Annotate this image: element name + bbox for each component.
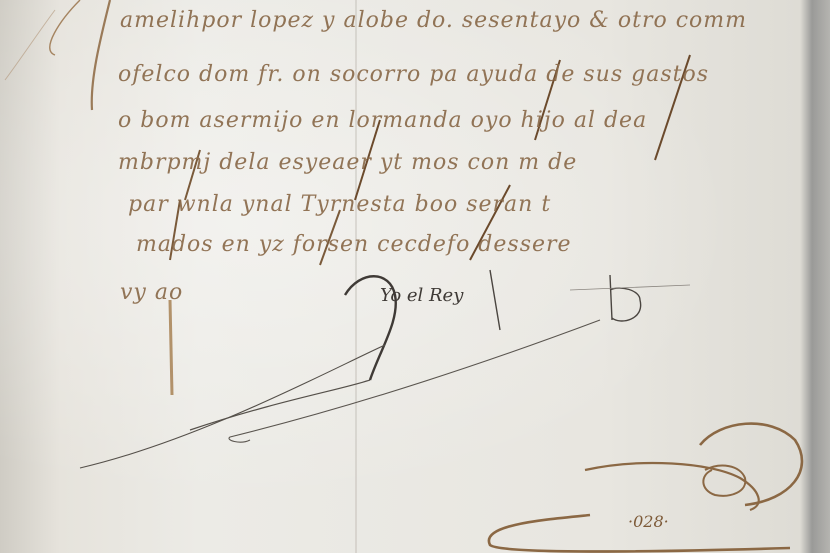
manuscript-line-7: vy ao — [120, 280, 183, 305]
manuscript-line-6: mados en yz forsen cecdefo dessere — [136, 232, 572, 257]
royal-signature: Yo el Rey — [380, 285, 463, 306]
manuscript-line-2: ofelco dom fr. on socorro pa ayuda de su… — [118, 62, 709, 87]
folio-mark: ·028· — [628, 512, 669, 531]
manuscript-line-1: amelihpor lopez y alobe do. sesentayo & … — [120, 8, 747, 33]
manuscript-line-4: mbrpmj dela esyeaer yt mos con m de — [118, 150, 577, 175]
manuscript-line-5: par wnla ynal Tyrnesta boo seran t — [128, 192, 551, 217]
manuscript-page: amelihpor lopez y alobe do. sesentayo & … — [0, 0, 830, 553]
manuscript-line-3: o bom asermijo en lormanda oyo hijo al d… — [118, 108, 647, 133]
